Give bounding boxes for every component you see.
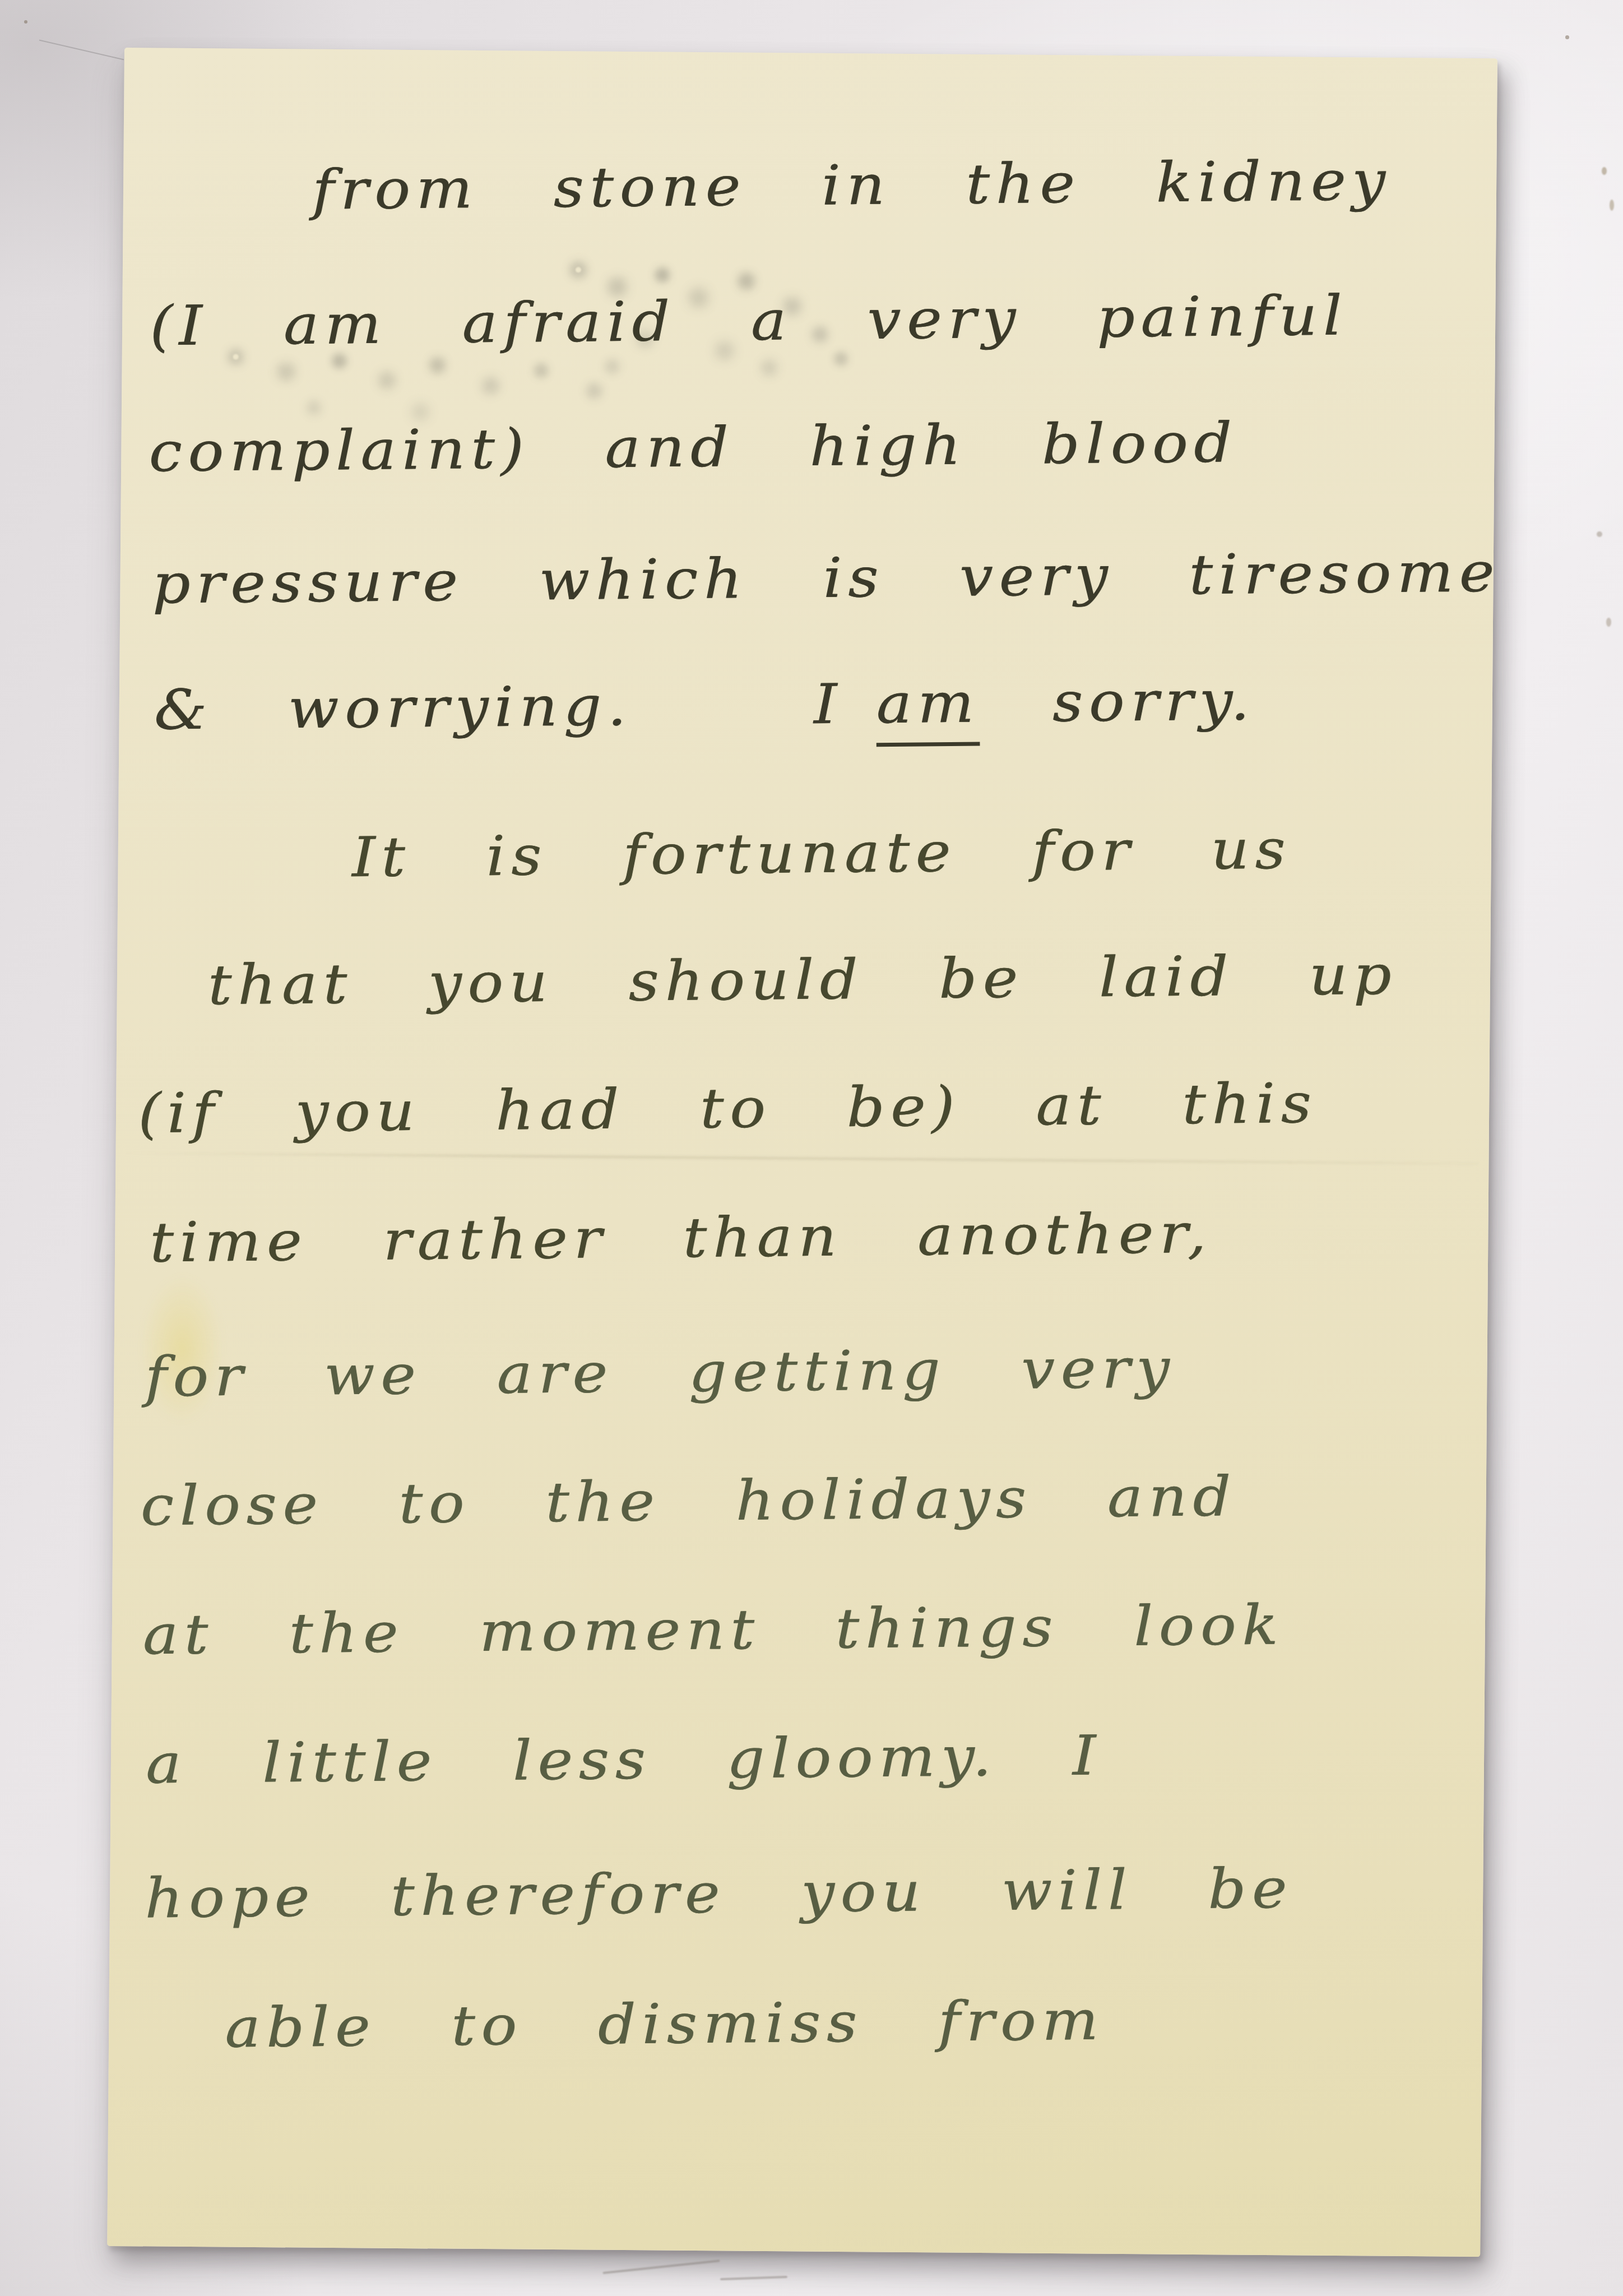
line-text: (if you had to be) at this <box>138 1072 1318 1146</box>
line-text: a little less gloomy. I <box>146 1724 1102 1797</box>
handwritten-line: pressure which is very tiresome <box>152 540 1500 616</box>
line-text: I <box>813 673 843 737</box>
line-text: pressure which is very tiresome <box>152 540 1500 616</box>
scratch-mark <box>39 40 124 61</box>
line-text: for we are getting very <box>145 1336 1176 1409</box>
handwritten-line: a little less gloomy. I <box>146 1724 1102 1797</box>
line-text: (I am afraid a very painful <box>150 284 1348 359</box>
handwritten-line: from stone in the kidney <box>312 149 1392 223</box>
dust-speck <box>24 20 27 24</box>
line-text: sorry. <box>1052 669 1255 734</box>
line-text: from stone in the kidney <box>312 149 1392 223</box>
dust-speck <box>1597 531 1602 537</box>
letter-page: from stone in the kidney (I am afraid a … <box>107 48 1497 2257</box>
handwritten-line: complaint) and high blood <box>149 411 1238 484</box>
handwritten-line: able to dismiss from <box>225 1989 1105 2061</box>
underlined-word: am <box>876 672 980 747</box>
line-text: hope therefore you will be <box>145 1857 1293 1931</box>
line-text: time rather than another, <box>150 1202 1212 1275</box>
handwritten-line: for we are getting very <box>145 1336 1176 1409</box>
dust-speck <box>1565 35 1569 39</box>
photo-background: from stone in the kidney (I am afraid a … <box>0 0 1623 2296</box>
handwritten-line: hope therefore you will be <box>145 1857 1293 1931</box>
line-text: that you should be laid up <box>207 943 1397 1018</box>
line-text: at the moment things look <box>142 1594 1284 1668</box>
handwritten-line: It is fortunate for us <box>351 818 1291 890</box>
paper-crease <box>122 1152 1478 1165</box>
handwritten-line: that you should be laid up <box>207 943 1397 1018</box>
handwritten-line: close to the holidays and <box>140 1465 1237 1538</box>
line-text: It is fortunate for us <box>351 818 1291 890</box>
handwritten-line: at the moment things look <box>142 1594 1284 1668</box>
line-text: complaint) and high blood <box>149 411 1238 484</box>
handwritten-line: & worrying.Iamsorry. <box>154 669 1255 742</box>
ink-smudge <box>576 267 581 272</box>
line-text: & worrying. <box>154 674 632 742</box>
dust-speck <box>1610 200 1614 211</box>
dust-speck <box>1602 167 1607 175</box>
handwritten-line: (I am afraid a very painful <box>150 284 1348 359</box>
pencil-mark <box>602 2260 720 2274</box>
handwritten-line: time rather than another, <box>150 1202 1212 1275</box>
line-text: able to dismiss from <box>225 1989 1105 2061</box>
dust-speck <box>1606 618 1611 627</box>
handwritten-line: (if you had to be) at this <box>138 1072 1318 1146</box>
pencil-mark <box>720 2276 787 2280</box>
line-text: close to the holidays and <box>140 1465 1237 1538</box>
